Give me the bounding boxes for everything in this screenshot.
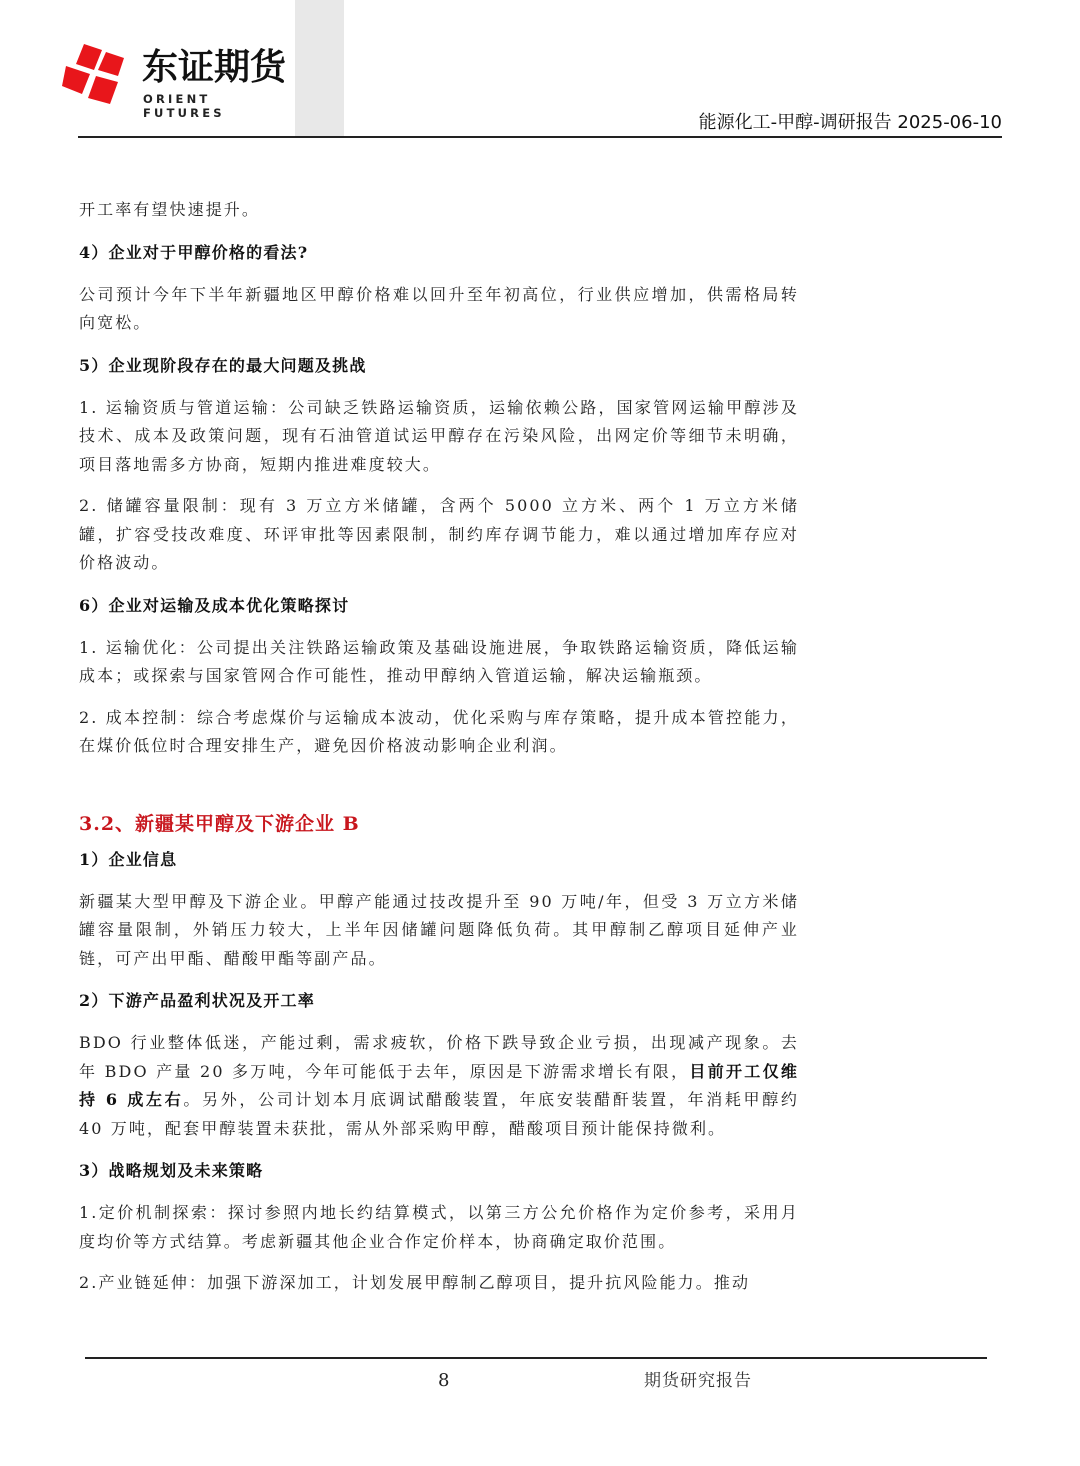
logo-chinese-name: 东证期货 <box>142 48 286 88</box>
report-title: 能源化工-甲醇-调研报告 2025-06-10 <box>699 112 1002 134</box>
subheading-4: 4）企业对于甲醇价格的看法? <box>79 239 799 267</box>
page-number: 8 <box>438 1370 449 1392</box>
logo-english-name: ORIENT FUTURES <box>143 92 292 120</box>
logo-mark-icon <box>62 42 128 108</box>
subheading-strategy: 3）战略规划及未来策略 <box>79 1157 799 1185</box>
paragraph: 开工率有望快速提升。 <box>79 196 799 225</box>
subheading-6: 6）企业对运输及成本优化策略探讨 <box>79 592 799 620</box>
paragraph: 2.产业链延伸：加强下游深加工，计划发展甲醇制乙醇项目，提升抗风险能力。推动 <box>79 1269 799 1298</box>
paragraph: 2. 储罐容量限制：现有 3 万立方米储罐，含两个 5000 立方米、两个 1 … <box>79 492 799 578</box>
subheading-5: 5）企业现阶段存在的最大问题及挑战 <box>79 352 799 380</box>
paragraph: 1.定价机制探索：探讨参照内地长约结算模式，以第三方公允价格作为定价参考，采用月… <box>79 1199 799 1256</box>
footer-label: 期货研究报告 <box>644 1370 752 1392</box>
subheading-company-info: 1）企业信息 <box>79 846 799 874</box>
header-decor-band <box>295 0 344 137</box>
paragraph: 新疆某大型甲醇及下游企业。甲醇产能通过技改提升至 90 万吨/年，但受 3 万立… <box>79 888 799 974</box>
report-body: 开工率有望快速提升。 4）企业对于甲醇价格的看法? 公司预计今年下半年新疆地区甲… <box>79 196 799 1298</box>
paragraph: 1. 运输资质与管道运输：公司缺乏铁路运输资质，运输依赖公路，国家管网运输甲醇涉… <box>79 394 799 480</box>
paragraph: 1. 运输优化：公司提出关注铁路运输政策及基础设施进展，争取铁路运输资质，降低运… <box>79 634 799 691</box>
paragraph: 2. 成本控制：综合考虑煤价与运输成本波动，优化采购与库存策略，提升成本管控能力… <box>79 704 799 761</box>
text-run: 。另外，公司计划本月底调试醋酸装置，年底安装醋酐装置，年消耗甲醇约 40 万吨，… <box>79 1090 799 1138</box>
paragraph: 公司预计今年下半年新疆地区甲醇价格难以回升至年初高位，行业供应增加，供需格局转向… <box>79 281 799 338</box>
footer-divider <box>85 1357 987 1359</box>
paragraph: BDO 行业整体低迷，产能过剩，需求疲软，价格下跌导致企业亏损，出现减产现象。去… <box>79 1029 799 1143</box>
section-heading-3-2: 3.2、新疆某甲醇及下游企业 B <box>79 809 799 839</box>
subheading-downstream-profit: 2）下游产品盈利状况及开工率 <box>79 987 799 1015</box>
company-logo: 东证期货 ORIENT FUTURES <box>62 38 292 118</box>
header-divider <box>78 136 1002 138</box>
